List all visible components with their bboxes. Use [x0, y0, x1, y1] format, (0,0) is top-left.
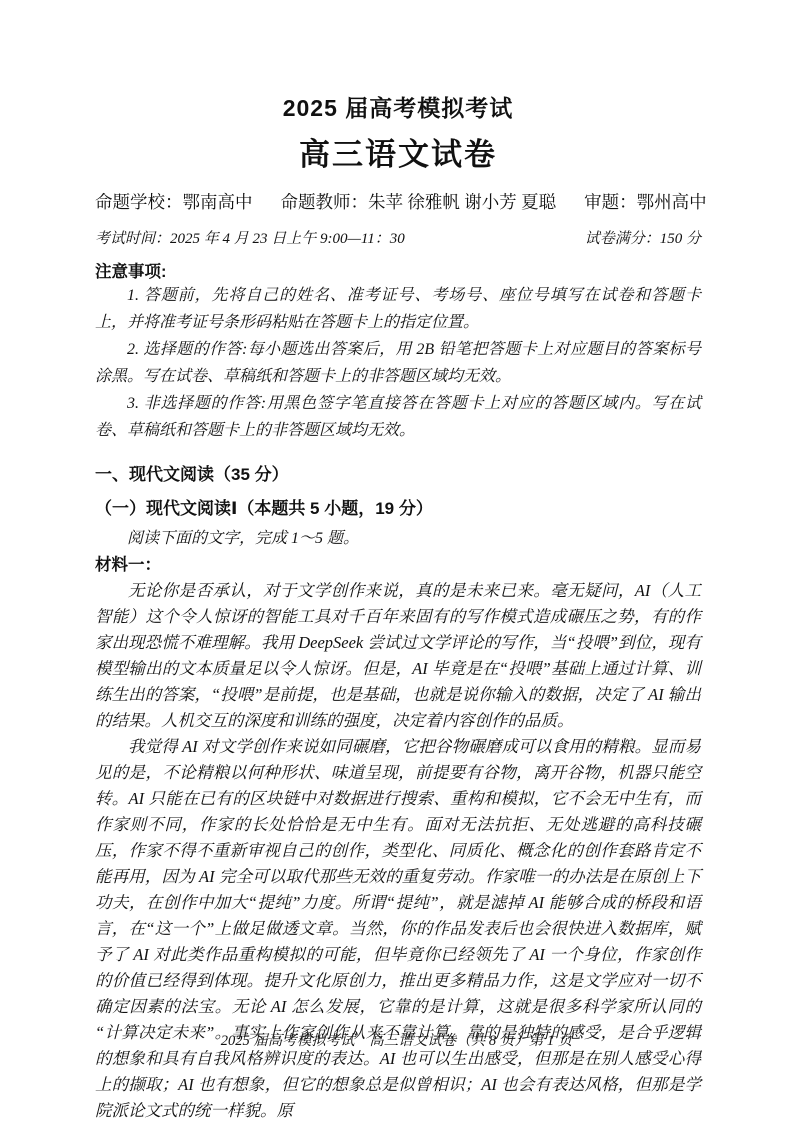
section-title: 一、现代文阅读（35 分） [95, 460, 701, 485]
exam-time: 考试时间：2025 年 4 月 23 日上午 9:00—11：30 [95, 227, 405, 248]
page-footer: 2025 届高考模拟考试 高三语文试卷（共 8 页）第 1 页 [0, 1029, 793, 1050]
meta-school: 命题学校：鄂南高中 [95, 192, 253, 212]
meta-reviewer: 审题：鄂州高中 [584, 192, 707, 212]
note-item-1: 1. 答题前，先将自己的姓名、准考证号、考场号、座位号填写在试卷和答题卡上，并将… [95, 282, 701, 336]
paper-title: 高三语文试卷 [95, 129, 701, 174]
exam-paper-page: 2025 届高考模拟考试 高三语文试卷 命题学校：鄂南高中命题教师：朱苹 徐雅帆… [0, 0, 793, 1122]
subsection-title: （一）现代文阅读Ⅰ（本题共 5 小题，19 分） [95, 494, 701, 519]
notes-title: 注意事项: [95, 258, 701, 282]
reading-instruction: 阅读下面的文字，完成 1～5 题。 [95, 526, 701, 551]
paper-meta-line: 命题学校：鄂南高中命题教师：朱苹 徐雅帆 谢小芳 夏聪审题：鄂州高中 [95, 189, 701, 214]
material-paragraph-1: 无论你是否承认，对于文学创作来说，真的是未来已来。毫无疑问，AI（人工智能）这个… [95, 578, 701, 734]
full-score: 试卷满分：150 分 [585, 227, 701, 248]
section-modern-reading: 一、现代文阅读（35 分） （一）现代文阅读Ⅰ（本题共 5 小题，19 分） 阅… [95, 460, 701, 1122]
note-item-2: 2. 选择题的作答:每小题选出答案后，用 2B 铅笔把答题卡上对应题目的答案标号… [95, 336, 701, 390]
note-item-3: 3. 非选择题的作答:用黑色签字笔直接答在答题卡上对应的答题区域内。写在试卷、草… [95, 390, 701, 444]
material-one-label: 材料一： [95, 553, 701, 578]
exam-session-title: 2025 届高考模拟考试 [95, 90, 701, 123]
meta-teachers: 命题教师：朱苹 徐雅帆 谢小芳 夏聪 [281, 192, 557, 212]
material-paragraph-2: 我觉得 AI 对文学创作来说如同碾磨，它把谷物碾磨成可以食用的精粮。显而易见的是… [95, 734, 701, 1122]
exam-time-row: 考试时间：2025 年 4 月 23 日上午 9:00—11：30 试卷满分：1… [95, 227, 701, 248]
notes-block: 注意事项: 1. 答题前，先将自己的姓名、准考证号、考场号、座位号填写在试卷和答… [95, 258, 701, 444]
